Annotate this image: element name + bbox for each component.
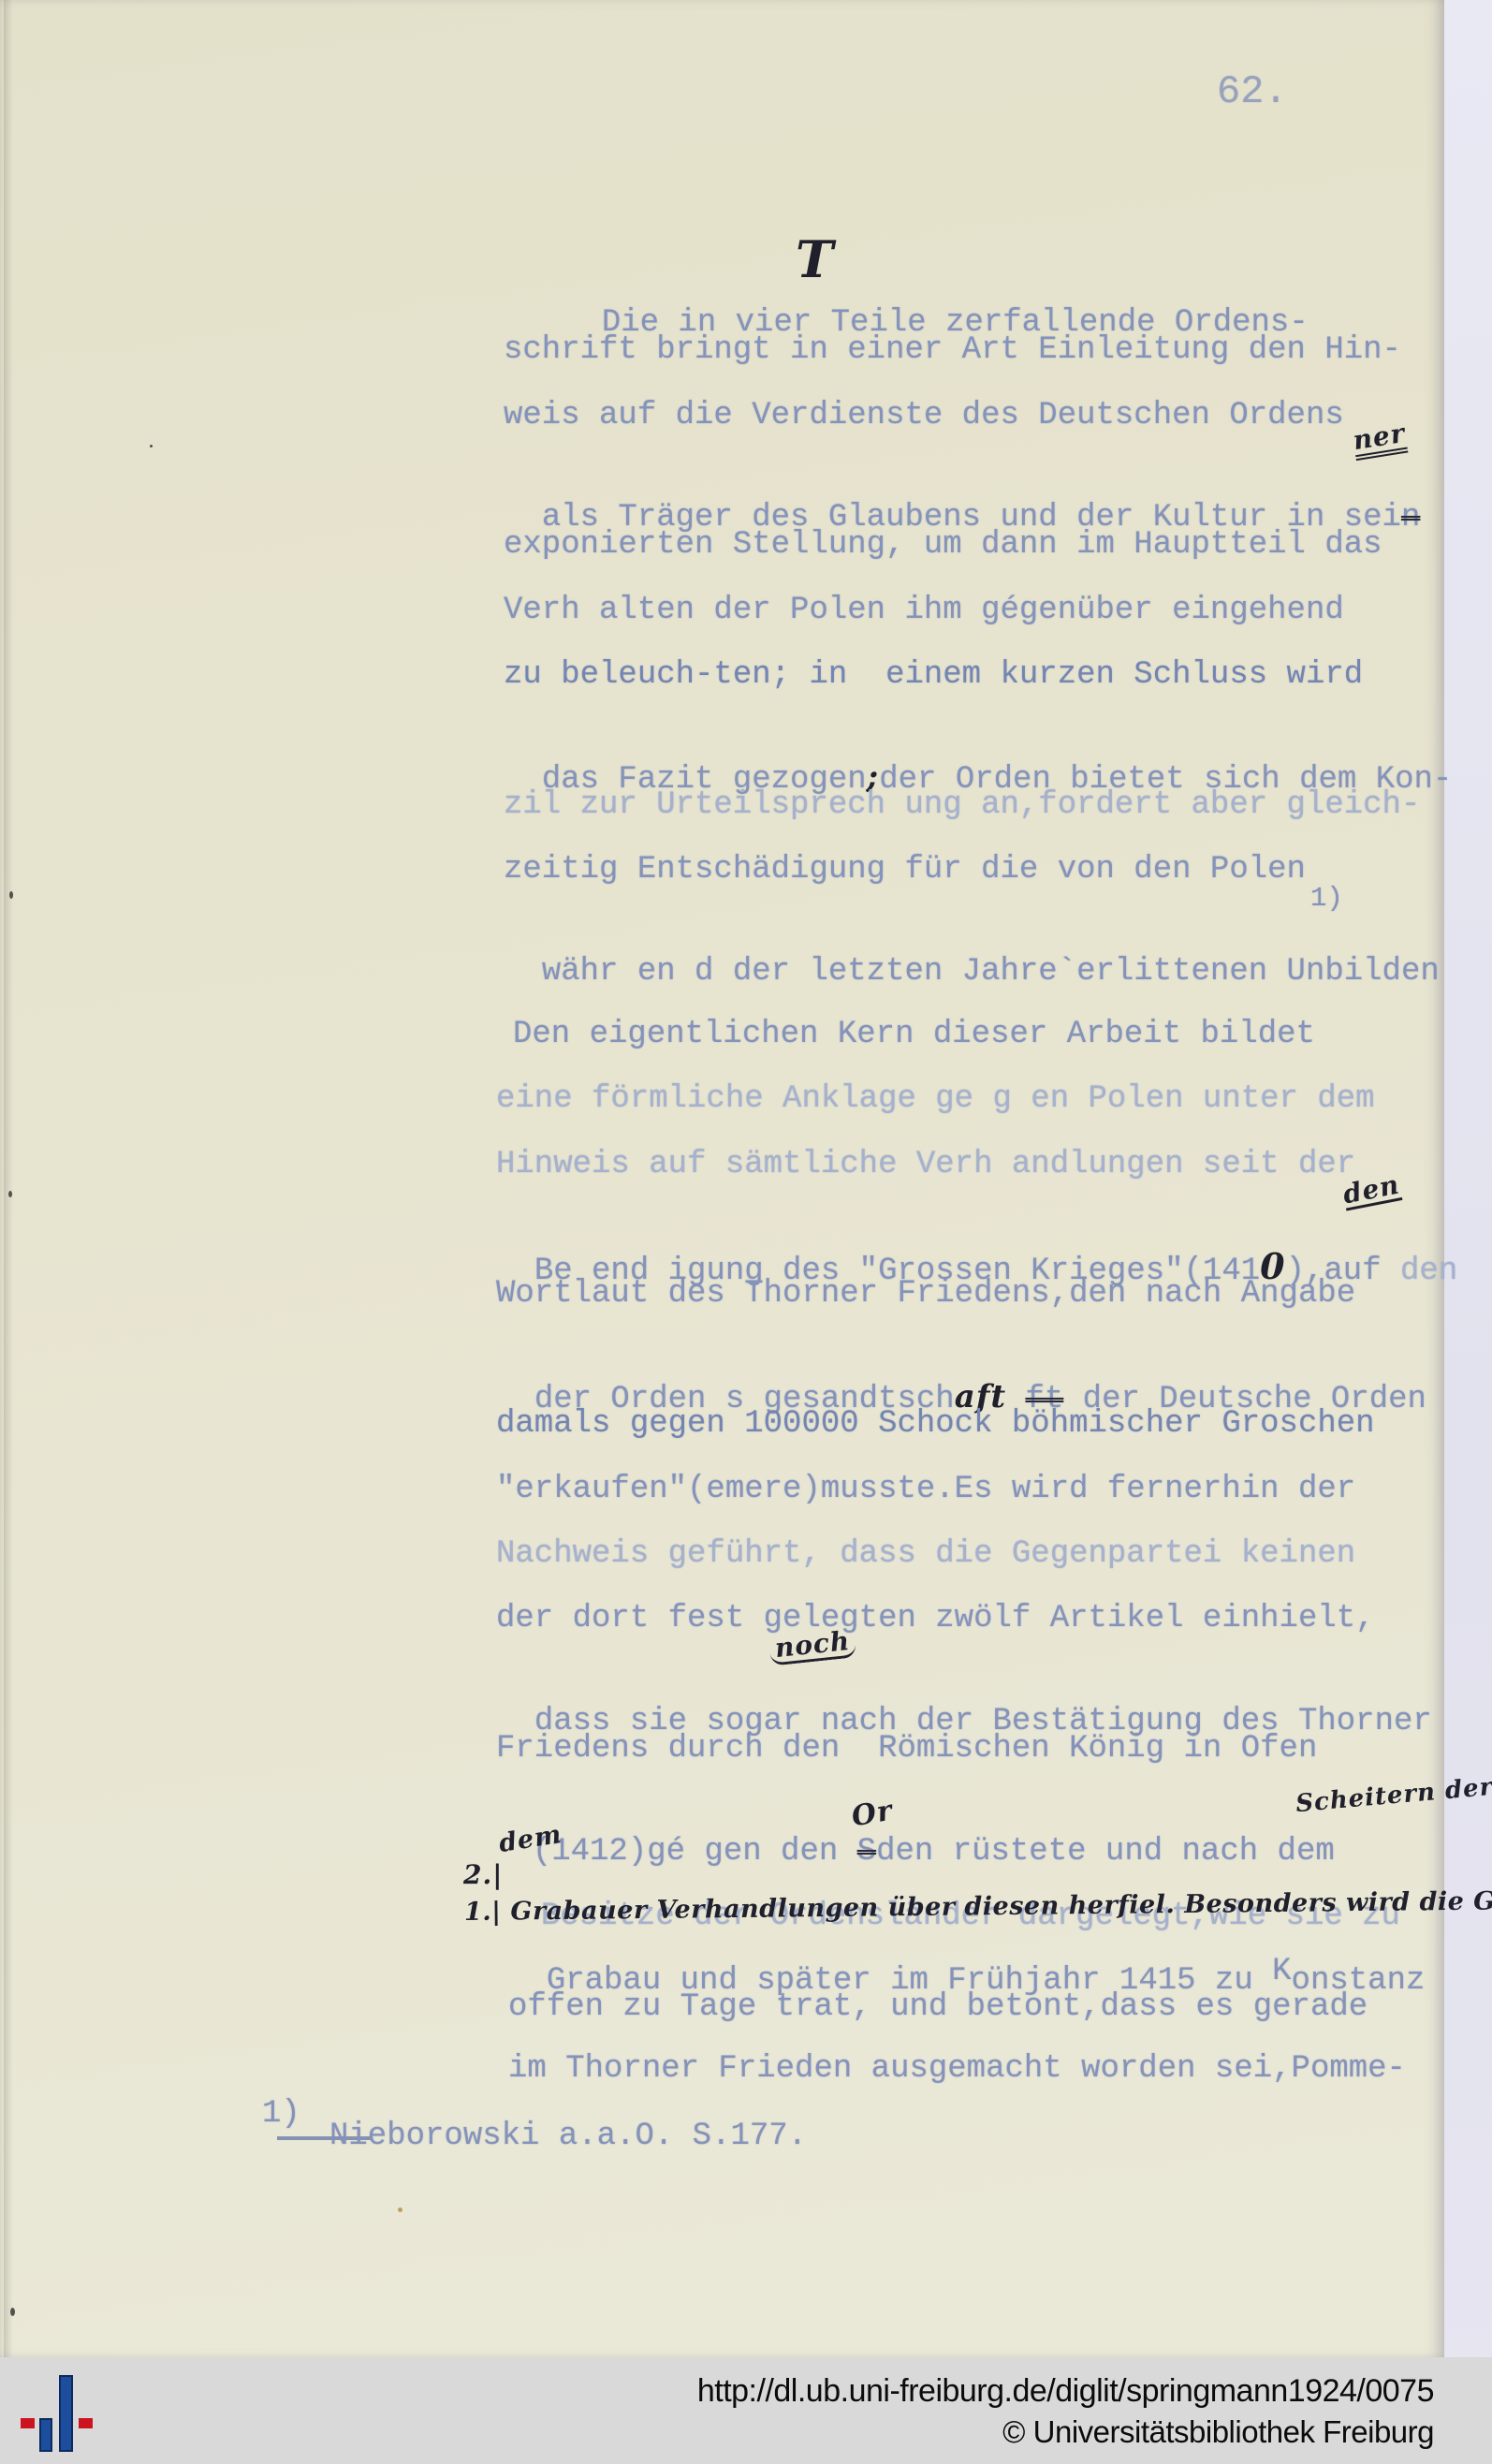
footer-text-block: http://dl.ub.uni-freiburg.de/diglit/spri…	[697, 2370, 1434, 2453]
typed-text: schrift bringt in einer Art Einleitung d…	[504, 332, 1401, 368]
typed-line: exponierten Stellung, um dann im Hauptte…	[504, 526, 1382, 564]
typed-text: damals gegen 100000 Schock böhmischer Gr…	[496, 1406, 1375, 1442]
typed-text: Nachweis geführt, dass die Gegenpartei k…	[496, 1536, 1355, 1572]
typed-line: währ en d der letzten Jahre`erlittenen U…	[504, 916, 1440, 1028]
typed-line: Den eigentlichen Kern dieser Arbeit bild…	[513, 1016, 1315, 1053]
typed-text: Den eigentlichen Kern dieser Arbeit bild…	[513, 1017, 1315, 1052]
footnote-reference: 1)	[1310, 880, 1343, 917]
scan-speck	[10, 2308, 15, 2316]
scanned-document-page: { "page_number": "62.", "colors": { "pap…	[0, 0, 1492, 2464]
freiburg-logo-red-right	[79, 2418, 93, 2428]
typed-line: Verh alten der Polen ihm gégenüber einge…	[504, 592, 1344, 629]
scan-speck	[9, 891, 13, 899]
typed-line: zeitig Entschädigung für die von den Pol…	[504, 851, 1306, 888]
typed-line: der dort fest gelegten zwölf Artikel ein…	[496, 1600, 1375, 1637]
typed-raised-k: K	[1272, 1954, 1291, 1989]
freiburg-logo-blue-tall	[59, 2375, 73, 2452]
typed-text: Nieborowski a.a.O. S.177.	[329, 2119, 807, 2154]
typed-text: zu beleuch-ten; in einem kurzen Schluss …	[504, 657, 1363, 693]
typed-text: 1)	[262, 2096, 300, 2132]
typed-line: "erkaufen"(emere)musste.Es wird fernerhi…	[496, 1471, 1355, 1508]
typed-line: zil zur Urteilsprech ung an,fordert aber…	[504, 786, 1420, 824]
scan-stain	[398, 2207, 402, 2212]
typed-line: damals gegen 100000 Schock böhmischer Gr…	[496, 1405, 1375, 1443]
handwritten-t-correction: T	[796, 246, 834, 272]
typed-line: Hinweis auf sämtliche Verh andlungen sei…	[496, 1146, 1355, 1183]
scan-speck	[150, 445, 153, 447]
handwritten-or-correction: Or	[850, 1797, 895, 1830]
footnote-text: Nieborowski a.a.O. S.177.	[329, 2118, 807, 2155]
typed-line: Friedens durch den Römischen König in Of…	[496, 1730, 1317, 1767]
freiburg-logo-blue-short	[39, 2418, 52, 2452]
typed-line: schrift bringt in einer Art Einleitung d…	[504, 331, 1401, 369]
handwritten-margin-mark-2: 2.|	[463, 1862, 503, 1888]
typed-text: Friedens durch den Römischen König in Of…	[496, 1731, 1317, 1767]
page-number: 62.	[1217, 69, 1288, 114]
library-footer-bar: http://dl.ub.uni-freiburg.de/diglit/spri…	[0, 2357, 1492, 2464]
footnote-marker: 1)	[262, 2095, 300, 2133]
typed-line: Nachweis geführt, dass die Gegenpartei k…	[496, 1535, 1355, 1573]
typed-line: im Thorner Frieden ausgemacht worden sei…	[508, 2050, 1406, 2088]
typed-line: eine förmliche Anklage ge g en Polen unt…	[496, 1080, 1375, 1118]
typed-text: zeitig Entschädigung für die von den Pol…	[504, 852, 1306, 887]
typed-line: Wortlaut des Thorner Friedens,den nach A…	[496, 1275, 1355, 1313]
document-url: http://dl.ub.uni-freiburg.de/diglit/spri…	[697, 2370, 1434, 2412]
typed-text: zil zur Urteilsprech ung an,fordert aber…	[504, 787, 1420, 823]
typed-text: "erkaufen"(emere)musste.Es wird fernerhi…	[496, 1472, 1355, 1507]
typed-text: währ en d der letzten Jahre`erlittenen U…	[542, 954, 1440, 990]
copyright-notice: © Universitätsbibliothek Freiburg	[697, 2412, 1434, 2453]
binding-fold-shadow	[4, 0, 13, 2357]
typed-text: Hinweis auf sämtliche Verh andlungen sei…	[496, 1147, 1355, 1182]
typed-text: Verh alten der Polen ihm gégenüber einge…	[504, 593, 1344, 628]
typed-line: offen zu Tage trat, und betont,dass es g…	[508, 1988, 1368, 2026]
typed-text: eine förmliche Anklage ge g en Polen unt…	[496, 1081, 1375, 1117]
typed-text: der dort fest gelegten zwölf Artikel ein…	[496, 1601, 1375, 1636]
scan-speck	[8, 1191, 12, 1197]
typed-text: weis auf die Verdienste des Deutschen Or…	[504, 398, 1344, 433]
typed-text: den	[1400, 1254, 1457, 1289]
struck-character: n	[1401, 500, 1420, 535]
typed-text: Wortlaut des Thorner Friedens,den nach A…	[496, 1276, 1355, 1312]
typed-line: weis auf die Verdienste des Deutschen Or…	[504, 397, 1344, 434]
typed-text: im Thorner Frieden ausgemacht worden sei…	[508, 2051, 1406, 2087]
typed-text: exponierten Stellung, um dann im Hauptte…	[504, 527, 1382, 563]
typed-line: zu beleuch-ten; in einem kurzen Schluss …	[504, 656, 1363, 694]
freiburg-logo-red-left	[21, 2418, 35, 2428]
typed-text: offen zu Tage trat, und betont,dass es g…	[508, 1989, 1368, 2025]
